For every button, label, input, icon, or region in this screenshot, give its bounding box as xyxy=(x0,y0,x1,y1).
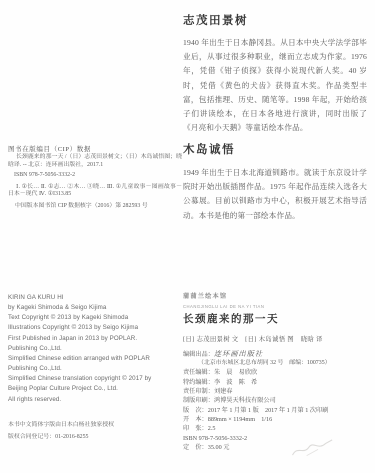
cip-block: 图书在版编目（CIP）数据 长颈鹿来的那一天 /（日）志茂田景树文；（日）木岛诚… xyxy=(8,146,182,211)
colophon-label: 责任印制： xyxy=(183,388,214,395)
colophon-value: 刘建春 xyxy=(214,388,233,395)
license-registration-number: 版权合同登记号：01-2016-8255 xyxy=(8,432,114,444)
colophon-row-printer: 制版印刷：鸿博昊天科技有限公司 xyxy=(183,396,369,405)
license-authorization: 本书中文简体字版由日本白杨社独家授权 xyxy=(8,420,114,432)
series-name: 蒲蒲兰绘本馆 xyxy=(183,291,369,300)
copyright-line: Illustrations Copyright © 2013 by Seigo … xyxy=(8,323,151,333)
colophon-row-special-editor: 特约编辑：李 波 陈 希 xyxy=(183,378,369,387)
copyright-line: Beijing Poplar Culture Project Co., Ltd. xyxy=(8,384,151,394)
colophon-list: 编辑出品：连环画出版社 （北京市东城区北总布胡同 32 号 邮编：100735）… xyxy=(183,350,369,453)
copyright-line: Text Copyright © 2013 by Kageki Shimoda xyxy=(8,313,151,323)
colophon-value: 889mm × 1194mm 1/16 xyxy=(208,416,272,423)
colophon-label: 印 张： xyxy=(183,425,208,432)
book-title: 长颈鹿来的那一天 xyxy=(183,311,369,326)
colophon-label: 开 本： xyxy=(183,416,208,423)
colophon-row-address: （北京市东城区北总布胡同 32 号 邮编：100735） xyxy=(183,359,369,368)
colophon-row-sheets: 印 张：2.5 xyxy=(183,424,369,433)
colophon-label: 制版印刷： xyxy=(183,397,214,404)
copyright-line: Publishing Co.,Ltd. xyxy=(8,344,151,354)
copyright-line: All rights reserved. xyxy=(8,395,151,405)
pencil-mark xyxy=(287,436,337,463)
colophon-row-isbn: ISBN 978-7-5056-3332-2 xyxy=(183,434,369,443)
colophon-label: 定 价： xyxy=(183,444,208,451)
license-block: 本书中文简体字版由日本白杨社独家授权 版权合同登记号：01-2016-8255 xyxy=(8,420,114,444)
colophon-row-edition: 版 次：2017 年 1 月第 1 版 2017 年 1 月第 1 次印刷 xyxy=(183,406,369,415)
copyright-line: First Published in Japan in 2013 by POPL… xyxy=(8,334,151,344)
cip-description: 长颈鹿来的那一天 /（日）志茂田景树文；（日）木岛诚悟图；晓晗译. -- 北京：… xyxy=(8,154,182,170)
colophon-value: 2017 年 1 月第 1 版 2017 年 1 月第 1 次印刷 xyxy=(208,407,329,414)
colophon-row-editor: 责任编辑：朱 晨 易欣欣 xyxy=(183,368,369,377)
copyright-page: 志茂田景树 1940 年出生于日本静冈县。从日本中央大学法学部毕业后，从事过很多… xyxy=(0,0,375,473)
cip-classification: Ⅰ. ①长… Ⅱ. ①志… ②木… ③晓… Ⅲ. ①儿童故事－图画故事－日本－现… xyxy=(8,184,182,200)
colophon-row-price: 定 价：35.00 元 xyxy=(183,443,369,452)
colophon-value: 李 波 陈 希 xyxy=(214,379,257,386)
publisher-address: （北京市东城区北总布胡同 32 号 邮编：100735） xyxy=(198,360,331,366)
colophon-row-publisher: 编辑出品：连环画出版社 xyxy=(183,350,369,359)
colophon-label: 责任编辑： xyxy=(183,369,214,376)
copyright-line: KIRIN GA KURU HI xyxy=(8,293,151,303)
colophon-label: 特约编辑： xyxy=(183,379,214,386)
book-price: 35.00 元 xyxy=(208,444,230,451)
colophon-row-print-supervisor: 责任印制：刘建春 xyxy=(183,387,369,396)
cip-isbn: ISBN 978-7-5056-3332-2 xyxy=(14,172,182,180)
credits-line: [日] 志茂田景树 文 [日] 木岛诚悟 图 晓晗 译 xyxy=(183,334,369,343)
colophon-label: 编辑出品： xyxy=(183,351,214,358)
author-1-name: 志茂田景树 xyxy=(183,12,248,28)
cip-heading: 图书在版编目（CIP）数据 xyxy=(8,146,182,154)
author-1-bio: 1940 年出生于日本静冈县。从日本中央大学法学部毕业后，从事过很多种职业，继而… xyxy=(183,36,367,135)
colophon-value: 朱 晨 易欣欣 xyxy=(214,369,257,376)
copyright-line: Publishing Co.,Ltd. xyxy=(8,364,151,374)
copyright-line: by Kageki Shimoda & Seigo Kijima xyxy=(8,303,151,313)
copyright-line: Simplified Chinese translation copyright… xyxy=(8,374,151,384)
author-2-name: 木岛诚悟 xyxy=(183,141,235,157)
book-info-block: 蒲蒲兰绘本馆 CHANGJINGLU LAI DE NA YI TIAN 长颈鹿… xyxy=(183,291,369,452)
colophon-row-format: 开 本：889mm × 1194mm 1/16 xyxy=(183,415,369,424)
colophon-value: 鸿博昊天科技有限公司 xyxy=(214,397,276,404)
copyright-line: Simplified Chinese edition arranged with… xyxy=(8,354,151,364)
colophon-value: 2.5 xyxy=(208,425,216,432)
english-copyright-block: KIRIN GA KURU HI by Kageki Shimoda & Sei… xyxy=(8,293,151,405)
colophon-label: 版 次： xyxy=(183,407,208,414)
book-isbn: ISBN 978-7-5056-3332-2 xyxy=(183,435,247,442)
publisher-name: 连环画出版社 xyxy=(214,350,263,358)
author-2-bio: 1949 年出生于日本北海道钏路市。就读于东京设计学院时开始出版插图作品。197… xyxy=(183,166,367,223)
cip-record-number: 中国版本图书馆 CIP 数据核字（2016）第 282593 号 xyxy=(15,203,182,211)
title-pinyin: CHANGJINGLU LAI DE NA YI TIAN xyxy=(183,304,369,309)
